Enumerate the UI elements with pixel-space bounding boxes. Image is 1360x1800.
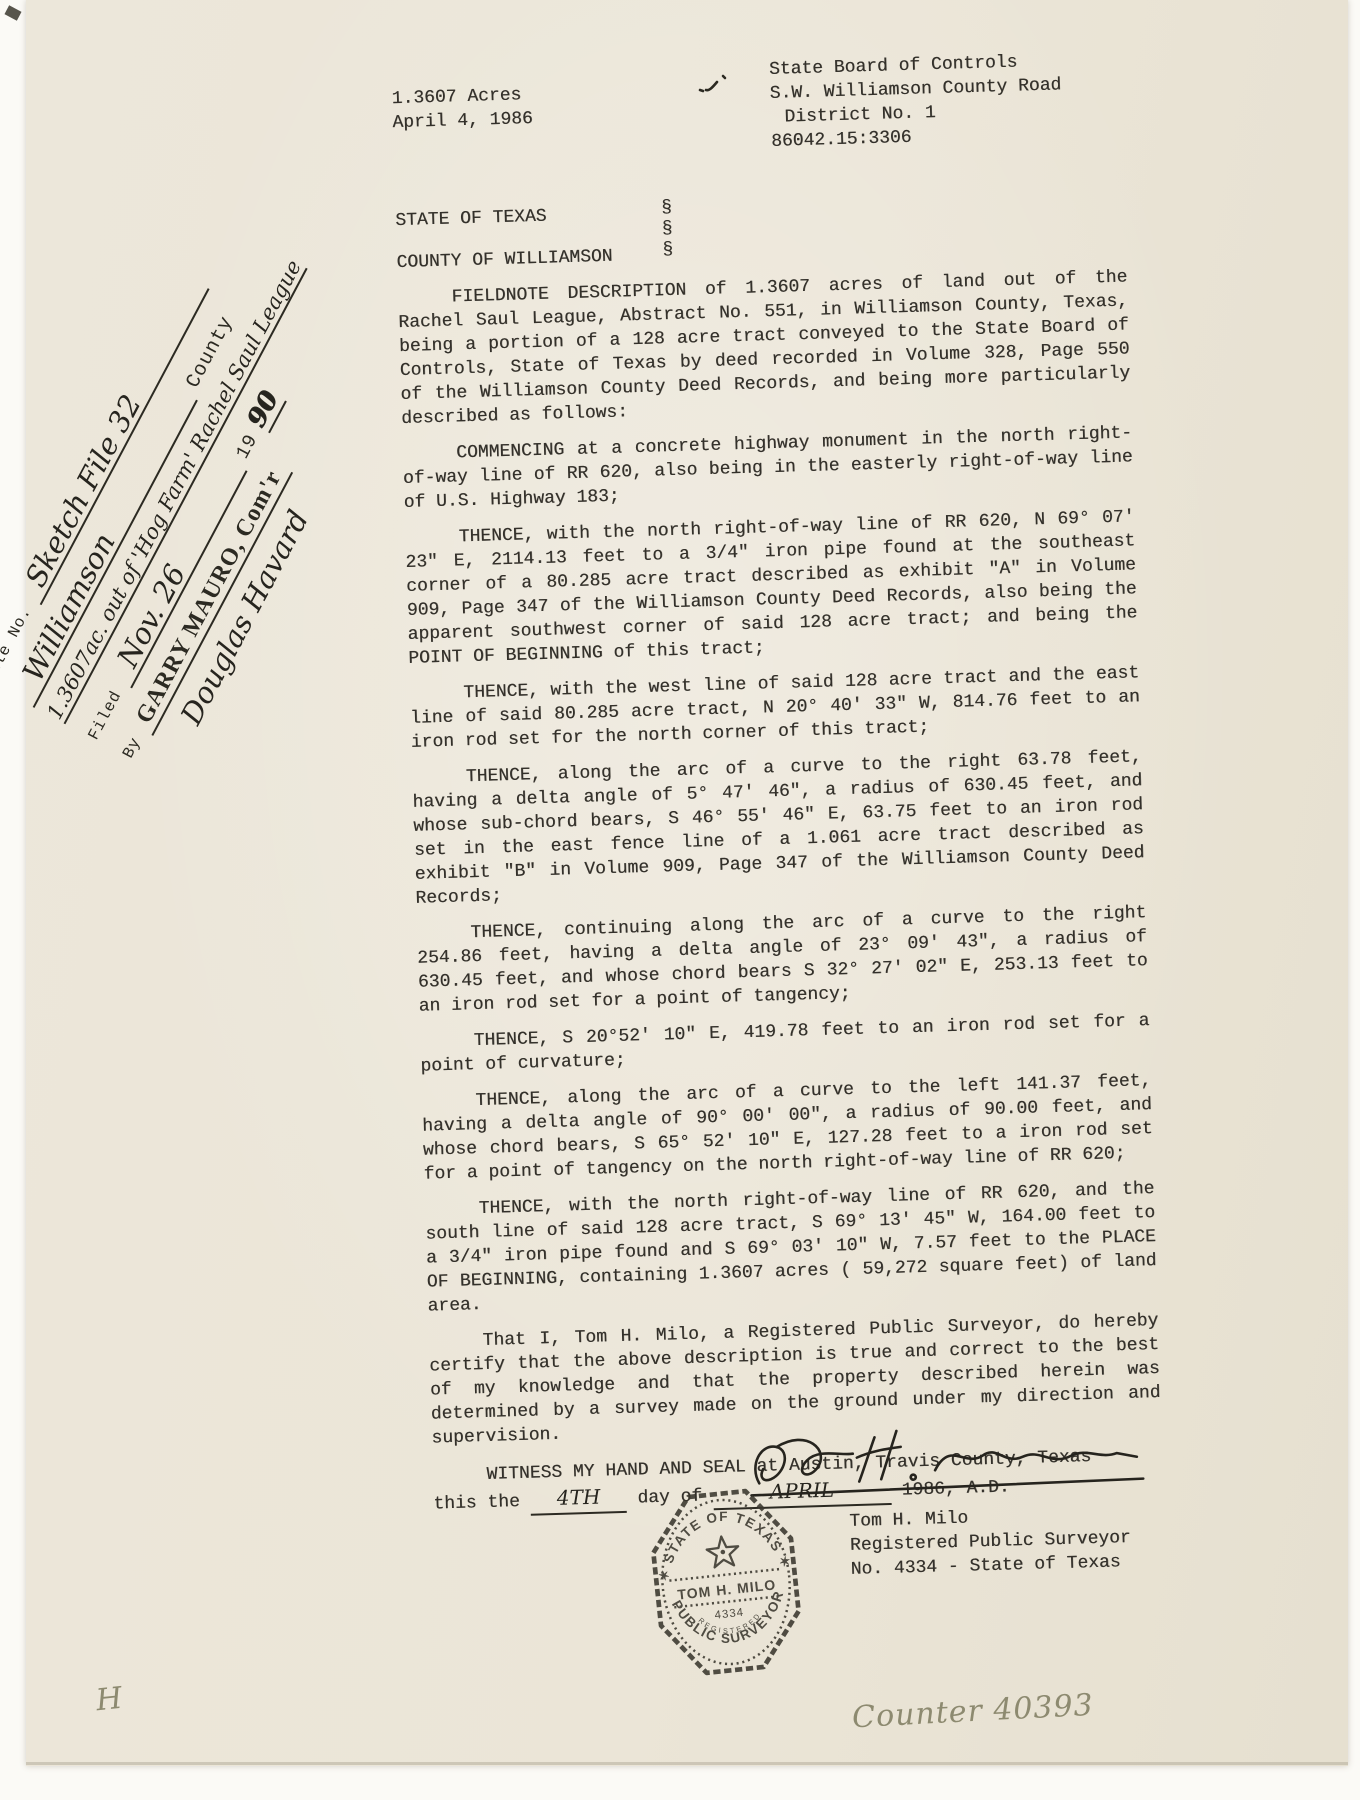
year-blank: 90 bbox=[242, 387, 287, 434]
jurisdiction-block: STATE OF TEXAS COUNTY OF WILLIAMSON § § … bbox=[395, 187, 1127, 275]
paragraph-thence-4: THENCE, continuing along the arc of a cu… bbox=[416, 901, 1149, 1019]
handwritten-day: 4TH bbox=[556, 1485, 600, 1510]
year-handwritten: 90 bbox=[242, 387, 285, 433]
section-symbol: § bbox=[661, 198, 672, 219]
paragraph-thence-1: THENCE, with the north right-of-way line… bbox=[404, 505, 1138, 671]
document-body: 1.3607 Acres April 4, 1986 State Board o… bbox=[391, 66, 1163, 1519]
year-prefix: 19 bbox=[232, 430, 263, 462]
seal-number: 4334 bbox=[714, 1607, 745, 1622]
signature-typed-block: Tom H. Milo Registered Public Surveyor N… bbox=[849, 1502, 1132, 1582]
paragraph-thence-5: THENCE, S 20°52' 10" E, 419.78 feet to a… bbox=[419, 1009, 1150, 1079]
fieldnote-paragraphs: FIELDNOTE DESCRIPTION of 1.3607 acres of… bbox=[397, 265, 1161, 1450]
section-symbol: § bbox=[662, 240, 673, 261]
scan-speck bbox=[4, 5, 21, 20]
paper-bottom-edge bbox=[26, 1762, 1348, 1765]
paragraph-thence-3: THENCE, along the arc of a curve to the … bbox=[412, 745, 1146, 911]
witness-prefix: this the bbox=[433, 1492, 520, 1515]
svg-text:✶ STATE OF TEXAS ✶: ✶ STATE OF TEXAS ✶ bbox=[649, 1502, 794, 1584]
state-line: STATE OF TEXAS bbox=[395, 187, 1125, 233]
paragraph-thence-2: THENCE, with the west line of said 128 a… bbox=[409, 661, 1141, 755]
section-symbols: § § § bbox=[661, 198, 674, 261]
header-right: State Board of Controls S.W. Williamson … bbox=[769, 48, 1124, 154]
seal-top-arc: ✶ STATE OF TEXAS ✶ bbox=[649, 1502, 794, 1584]
paragraph-thence-7: THENCE, with the north right-of-way line… bbox=[424, 1177, 1157, 1319]
section-symbol: § bbox=[661, 219, 672, 240]
paragraph-fieldnote: FIELDNOTE DESCRIPTION of 1.3607 acres of… bbox=[397, 265, 1131, 431]
paragraph-commencing: COMMENCING at a concrete highway monumen… bbox=[402, 421, 1134, 515]
pencil-note-h: H bbox=[94, 1681, 124, 1719]
star-center-dot bbox=[720, 1549, 725, 1554]
day-blank: 4TH bbox=[530, 1487, 627, 1516]
paragraph-thence-6: THENCE, along the arc of a curve to the … bbox=[421, 1069, 1154, 1187]
surveyor-seal: ✶ STATE OF TEXAS ✶ TOM H. MILO 4334 REGI… bbox=[628, 1469, 825, 1694]
header-left: 1.3607 Acres April 4, 1986 bbox=[391, 77, 723, 165]
